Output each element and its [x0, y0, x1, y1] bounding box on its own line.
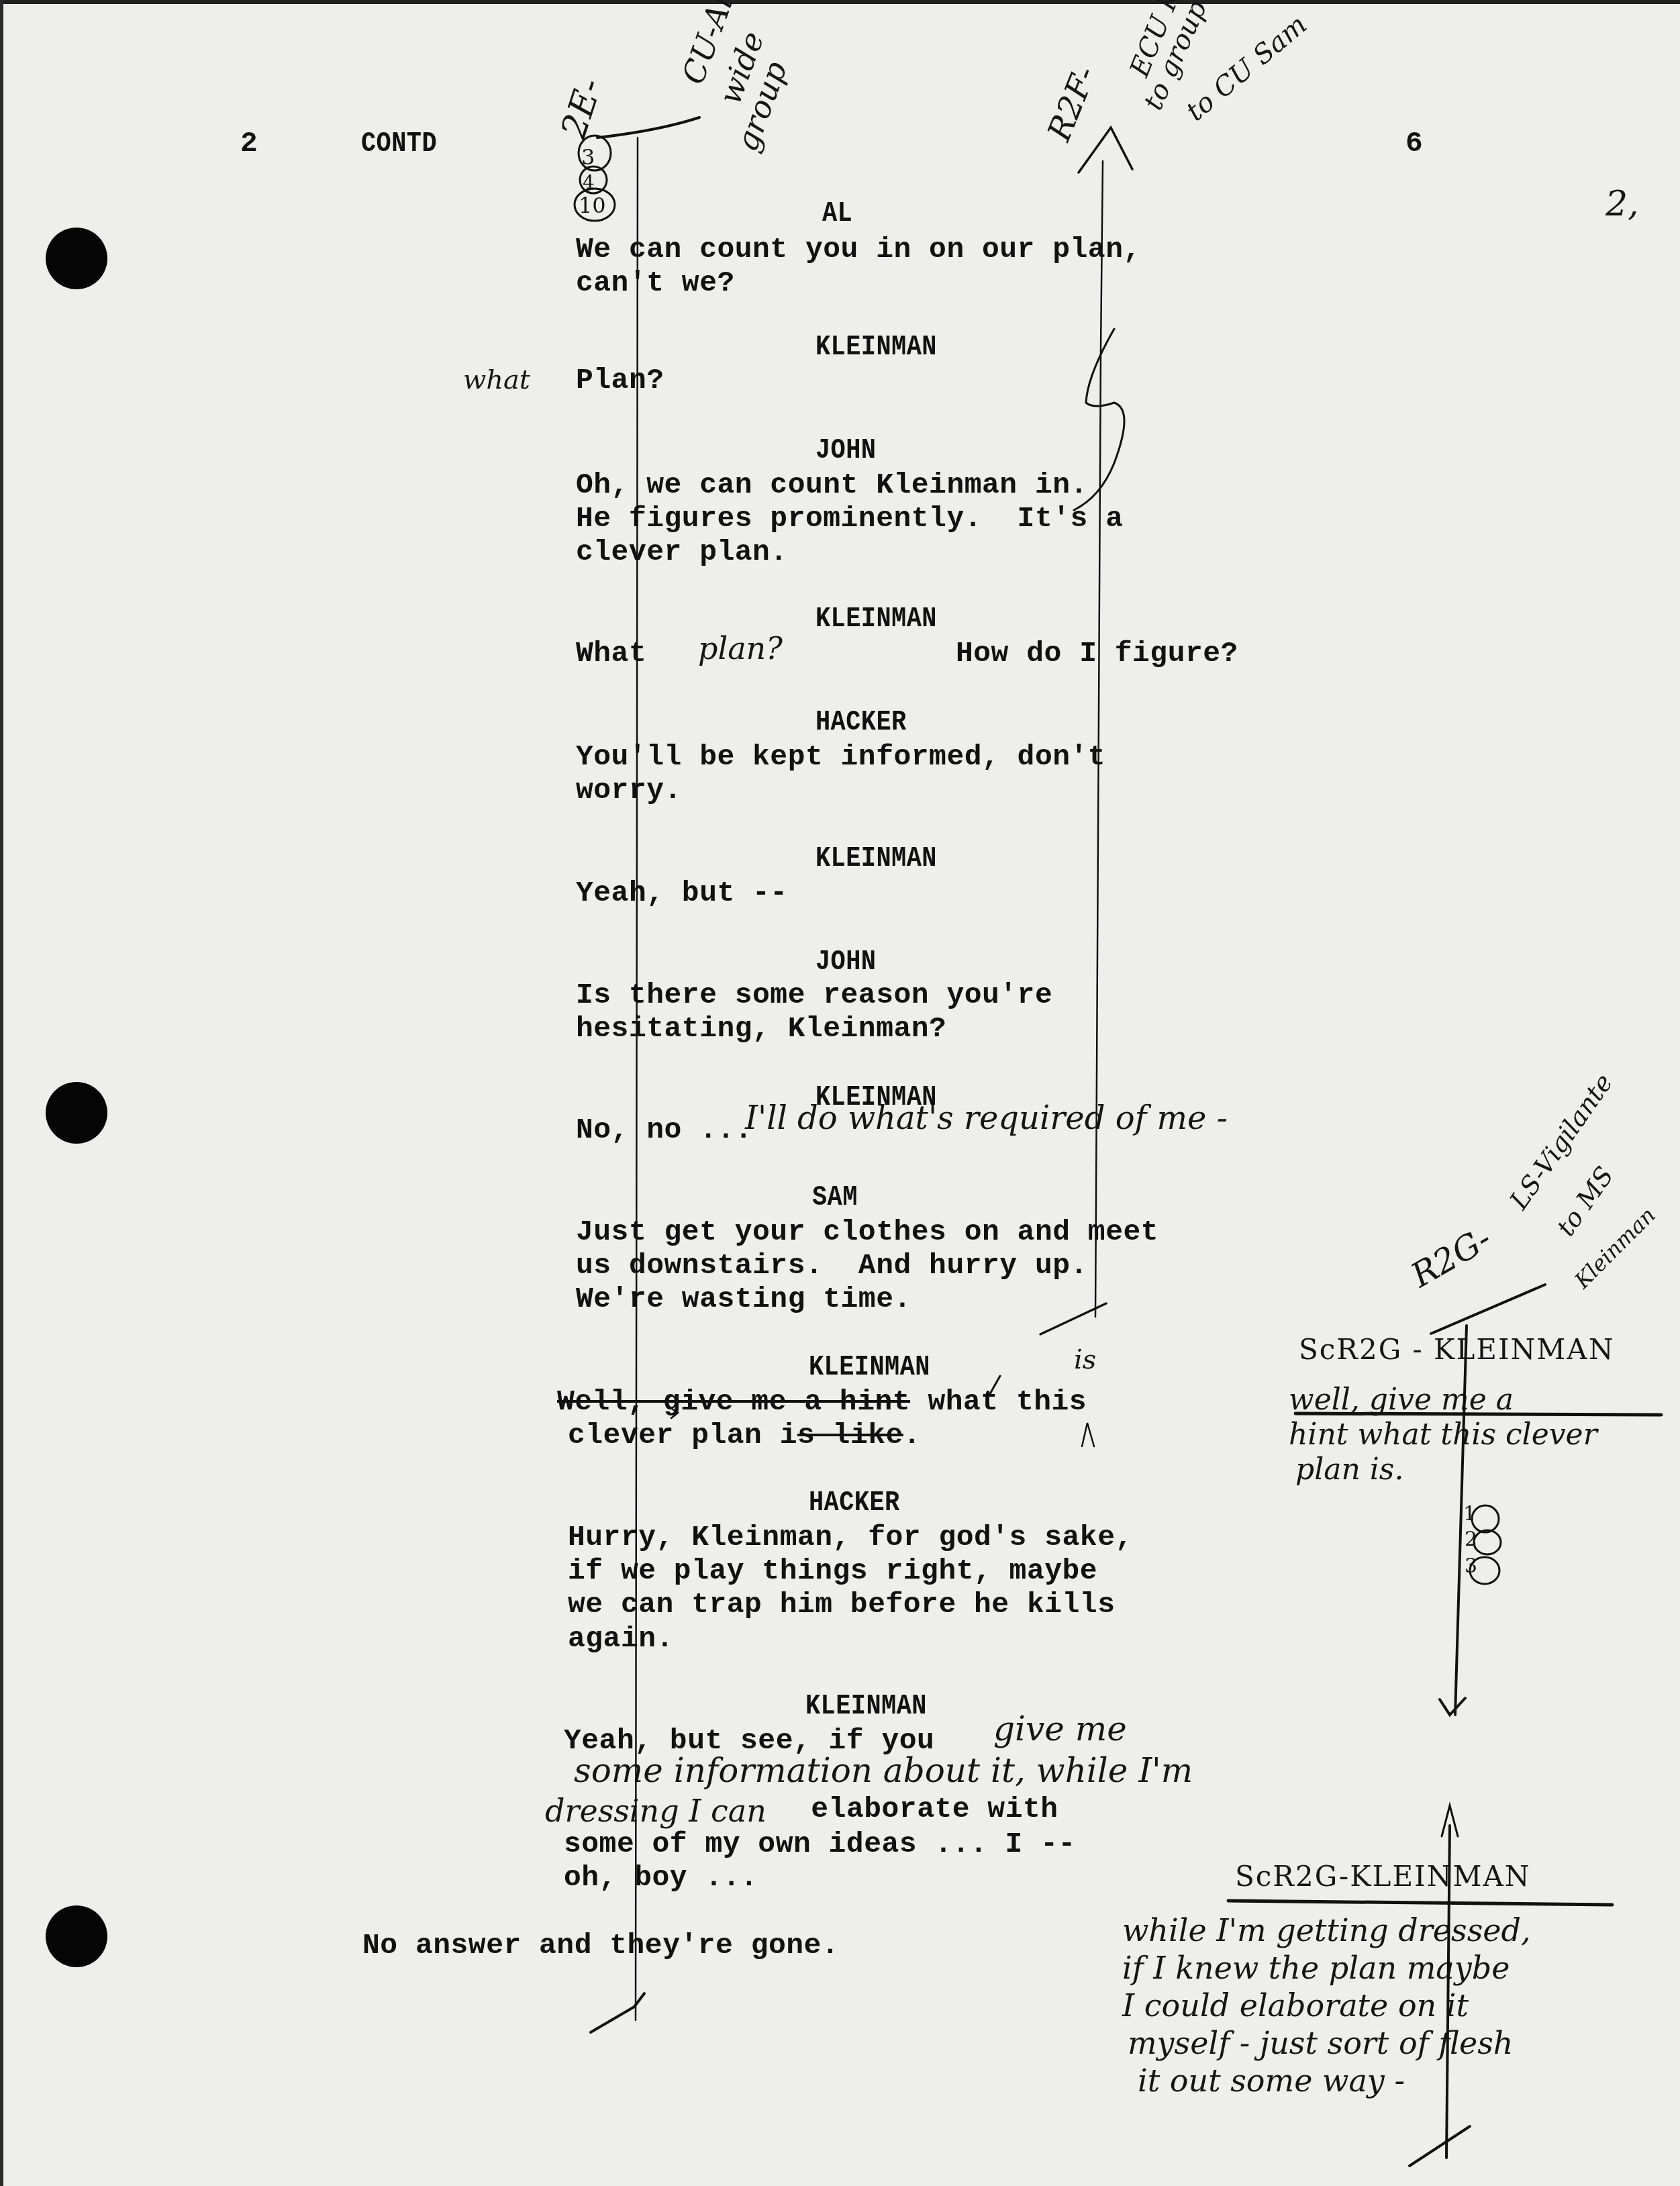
handwritten-addition: I'll do what's required of me - [745, 1101, 1228, 1136]
insert-line: hint what this clever [1289, 1418, 1597, 1452]
struck-text: Well, give me a hint [557, 1385, 910, 1418]
dialogue-line: elaborate with [793, 1792, 1058, 1826]
dialogue-line: No, no ... [576, 1113, 752, 1147]
dialogue-line: Hurry, Kleinman, for god's sake, [568, 1520, 1133, 1554]
handwritten-insert: dressing I can [545, 1793, 767, 1828]
dialogue-line: hesitating, Kleinman? [576, 1011, 946, 1046]
handwritten-insert: what [463, 362, 530, 397]
dialogue-text: . [903, 1419, 921, 1452]
continued-label: CONTD [361, 126, 437, 160]
character-cue: KLEINMAN [816, 601, 937, 636]
action-line: No answer and they're gone. [362, 1928, 839, 1963]
dialogue-line: Is there some reason you're [576, 978, 1052, 1012]
punch-hole-top [46, 228, 107, 289]
dialogue-line: clever plan. [576, 535, 788, 569]
handwritten-insert: is [1074, 1342, 1096, 1377]
dialogue-line: we can trap him before he kills [568, 1587, 1115, 1622]
scan-left-edge [0, 0, 3, 2186]
dialogue-line: We can count you in on our plan, [576, 232, 1141, 266]
scan-top-edge [0, 0, 1680, 4]
insert-heading: ScR2G-KLEINMAN [1235, 1859, 1531, 1894]
handwritten-insert: plan? [698, 631, 783, 666]
dialogue-text: clever plan [568, 1419, 780, 1452]
dialogue-line: worry. [576, 773, 682, 807]
insert-heading: ScR2G - KLEINMAN [1299, 1332, 1614, 1367]
script-page: 2 CONTD 6 2, AL We can count you in on o… [0, 0, 1680, 2186]
character-cue: AL [822, 196, 852, 230]
dialogue-text: what this [910, 1385, 1087, 1418]
dialogue-line: Yeah, but -- [576, 876, 788, 910]
dialogue-line: oh, boy ... [564, 1860, 758, 1895]
dialogue-line: Plan? [576, 363, 664, 397]
character-cue: JOHN [816, 944, 876, 979]
dialogue-line: again. [568, 1622, 674, 1656]
dialogue-line: You'll be kept informed, don't [576, 740, 1105, 774]
handwritten-page-mark: 2, [1605, 187, 1639, 221]
insert-line: well, give me a [1289, 1383, 1514, 1418]
insert-line: plan is. [1295, 1452, 1403, 1487]
character-cue: KLEINMAN [816, 841, 937, 875]
insert-line: while I'm getting dressed, [1122, 1913, 1531, 1948]
take-number: 3 [1465, 1549, 1477, 1584]
character-cue: KLEINMAN [809, 1350, 930, 1384]
page-number: 6 [1405, 126, 1423, 160]
character-cue: HACKER [816, 705, 907, 739]
character-cue: KLEINMAN [816, 330, 937, 364]
struck-text: s like [797, 1419, 903, 1452]
dialogue-text: i [780, 1419, 797, 1452]
character-cue: HACKER [809, 1485, 900, 1520]
dialogue-line: us downstairs. And hurry up. [576, 1248, 1088, 1283]
dialogue-line: some of my own ideas ... I -- [564, 1827, 1076, 1861]
dialogue-line: He figures prominently. It's a [576, 501, 1123, 536]
shot-label-2e: 2E- [556, 74, 608, 142]
dialogue-line: How do I figure? [956, 636, 1238, 670]
character-cue: KLEINMAN [805, 1689, 927, 1723]
scene-number: 2 [240, 126, 258, 160]
insert-line: I could elaborate on it [1122, 1988, 1469, 2023]
shot-label-r2f: R2F- [1042, 62, 1103, 146]
insert-line: if I knew the plan maybe [1122, 1950, 1510, 1985]
dialogue-line: if we play things right, maybe [568, 1554, 1097, 1588]
dialogue-line: Well, give me a hint what this [557, 1385, 1087, 1419]
punch-hole-bottom [46, 1905, 107, 1967]
take-number: 10 [579, 188, 606, 223]
character-cue: SAM [812, 1180, 858, 1214]
shot-label-r2g: R2G- [1405, 1220, 1497, 1293]
dialogue-line: clever plan is like. [568, 1418, 921, 1452]
dialogue-line: Just get your clothes on and meet [576, 1215, 1158, 1249]
dialogue-line: What [576, 636, 646, 670]
insert-line: it out some way - [1138, 2063, 1405, 2098]
punch-hole-middle [46, 1082, 107, 1144]
character-cue: JOHN [816, 433, 876, 467]
dialogue-line: We're wasting time. [576, 1282, 911, 1316]
dialogue-line: can't we? [576, 266, 735, 300]
dialogue-line: Oh, we can count Kleinman in. [576, 468, 1088, 502]
handwritten-insert: give me [993, 1711, 1127, 1746]
insert-line: myself - just sort of flesh [1128, 2026, 1513, 2060]
handwritten-insert: some information about it, while I'm [574, 1753, 1193, 1788]
